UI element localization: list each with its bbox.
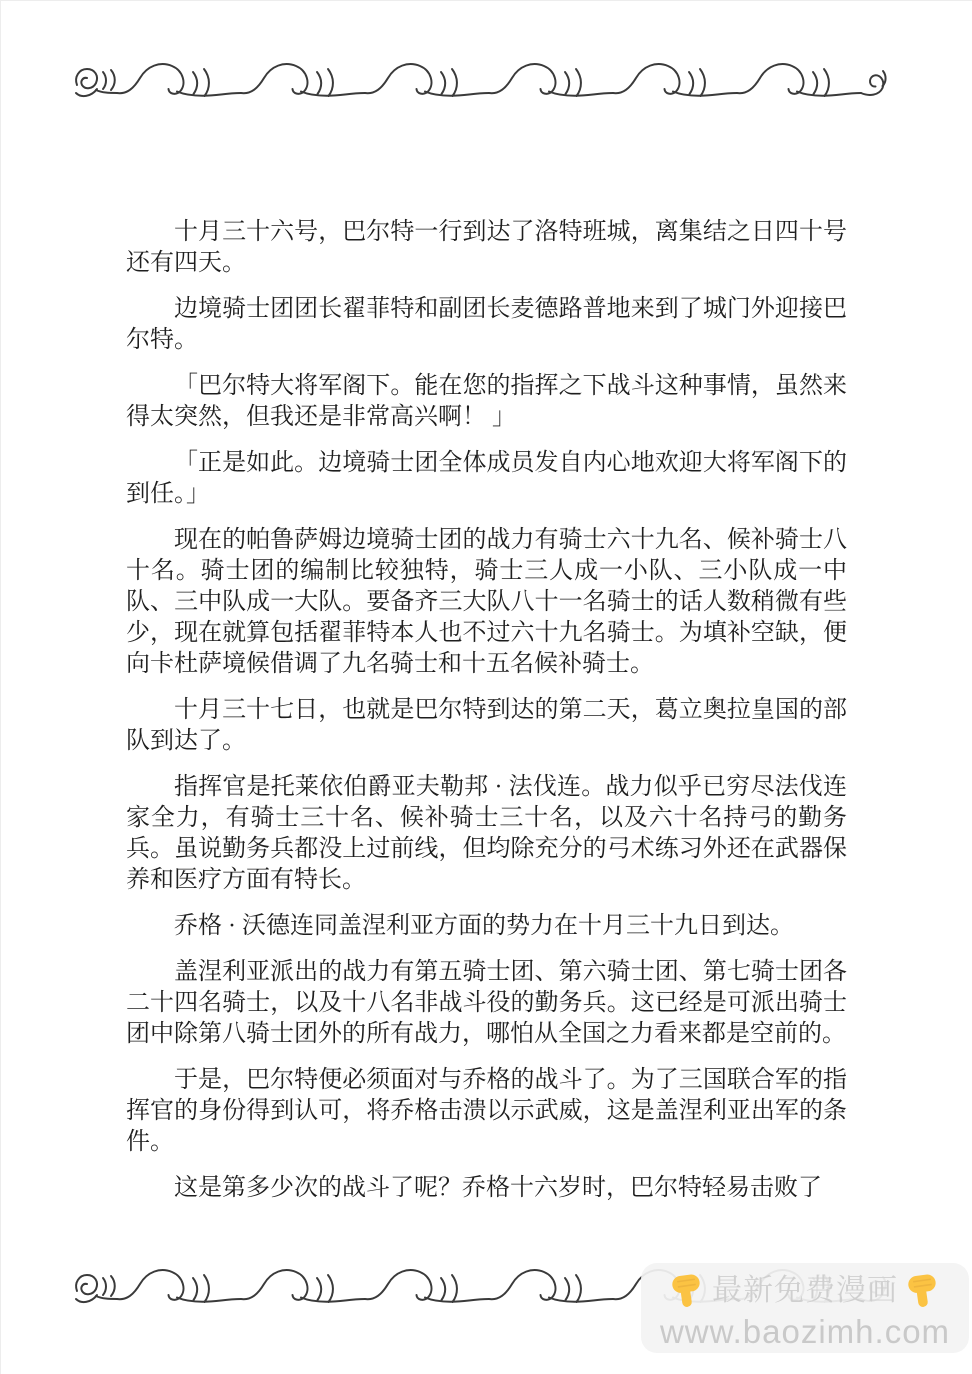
paragraph: 十月三十七日，也就是巴尔特到达的第二天，葛立奥拉皇国的部队到达了。 — [126, 695, 847, 757]
watermark-url: www.baozimh.com — [660, 1315, 950, 1348]
paragraph: 盖涅利亚派出的战力有第五骑士团、第六骑士团、第七骑士团各二十四名骑士，以及十八名… — [126, 957, 847, 1050]
paragraph: 十月三十六号，巴尔特一行到达了洛特班城，离集结之日四十号还有四天。 — [126, 217, 847, 279]
novel-page: { "page": { "background": "#ffffff", "te… — [0, 0, 972, 1374]
paragraph: 这是第多少次的战斗了呢？乔格十六岁时，巴尔特轻易击败了 — [126, 1173, 847, 1204]
point-down-icon — [904, 1272, 942, 1310]
watermark-panel: 最新免费漫画 www.baozimh.com — [641, 1263, 969, 1353]
paragraph: 「正是如此。边境骑士团全体成员发自内心地欢迎大将军阁下的到任。」 — [126, 448, 847, 510]
paragraph: 边境骑士团团长翟菲特和副团长麦德路普地来到了城门外迎接巴尔特。 — [126, 294, 847, 356]
scroll-flourish-icon — [69, 59, 891, 105]
top-flourish-border — [69, 59, 891, 105]
paragraph: 于是，巴尔特便必须面对与乔格的战斗了。为了三国联合军的指挥官的身份得到认可，将乔… — [126, 1065, 847, 1158]
point-down-icon — [668, 1272, 706, 1310]
watermark-title: 最新免费漫画 — [712, 1276, 898, 1306]
paragraph: 现在的帕鲁萨姆边境骑士团的战力有骑士六十九名、候补骑士八十名。骑士团的编制比较独… — [126, 525, 847, 680]
paragraph: 指挥官是托莱依伯爵亚夫勒邦 · 法伐连。战力似乎已穷尽法伐连家全力，有骑士三十名… — [126, 772, 847, 896]
paragraph: 「巴尔特大将军阁下。能在您的指挥之下战斗这种事情，虽然来得太突然，但我还是非常高… — [126, 371, 847, 433]
paragraph: 乔格 · 沃德连同盖涅利亚方面的势力在十月三十九日到达。 — [126, 911, 847, 942]
novel-text: 十月三十六号，巴尔特一行到达了洛特班城，离集结之日四十号还有四天。边境骑士团团长… — [126, 217, 847, 1204]
watermark-title-row: 最新免费漫画 — [668, 1269, 942, 1313]
